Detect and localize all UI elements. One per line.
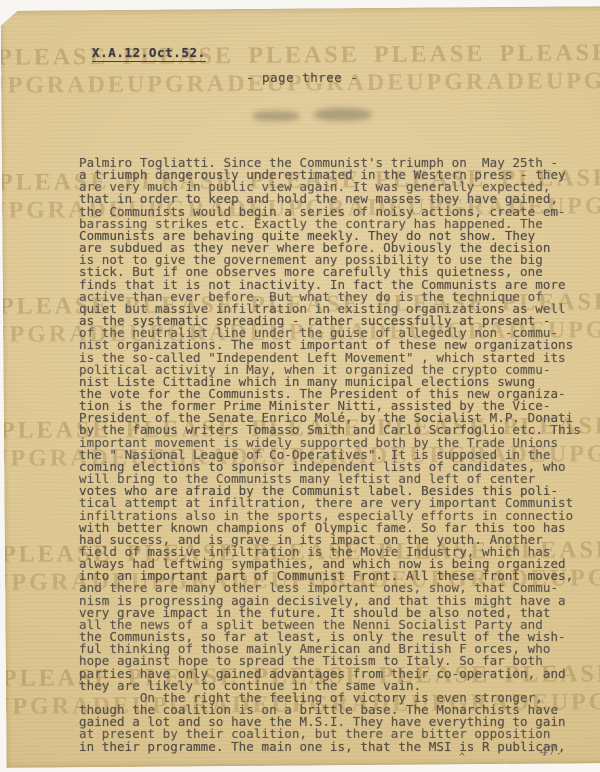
typed-text-body: Palmiro Togliatti. Since the Communist's… <box>79 157 579 753</box>
typed-line: quiet but massive infiltration in existi… <box>79 303 579 315</box>
typed-line: is not to give the governement any possi… <box>79 254 579 266</box>
typed-line: political activity in May, when it organ… <box>79 364 579 376</box>
typed-line: nism is progressing again decisively, an… <box>79 595 579 607</box>
page-label: - page three - <box>246 70 358 85</box>
typed-line: infiltrations also in the sports, especi… <box>79 510 579 522</box>
handwritten-page-number: 47. <box>540 743 562 759</box>
ink-smudge <box>252 111 300 121</box>
typed-line: On the right the feeling of victory is e… <box>79 692 579 704</box>
typed-line: will bring to the Communists many leftis… <box>79 473 579 485</box>
ink-smudge <box>314 108 372 121</box>
typed-line: are very much in public view again. It w… <box>79 181 579 193</box>
typed-line: all the news of a split between the Nenn… <box>79 619 579 631</box>
typed-line: of the neutralist line under the guise o… <box>79 327 579 339</box>
typed-line: the " Nasional League of Co-Operatives".… <box>79 449 579 461</box>
typed-content: X.A.12.Oct.52. - page three - Palmiro To… <box>0 0 600 772</box>
typed-line: Palmiro Togliatti. Since the Communist's… <box>79 157 579 169</box>
typed-line: field of massive infiltration is the Mov… <box>79 546 579 558</box>
typed-line: in their programme. The main one is, tha… <box>79 741 579 753</box>
scanned-document: PLEASEPLEASEPLEASEPLEASEPLEASEUPGRADEUPG… <box>0 0 600 772</box>
insertion-caret: ^ <box>459 752 465 763</box>
typed-line: tion is the former Prime Minister Nitti,… <box>79 400 579 412</box>
typed-line: hope against hope to spread the Titoism … <box>79 655 579 667</box>
document-reference: X.A.12.Oct.52. <box>92 45 206 62</box>
typed-line: barassing strikes etc. Exactly the contr… <box>79 218 579 230</box>
